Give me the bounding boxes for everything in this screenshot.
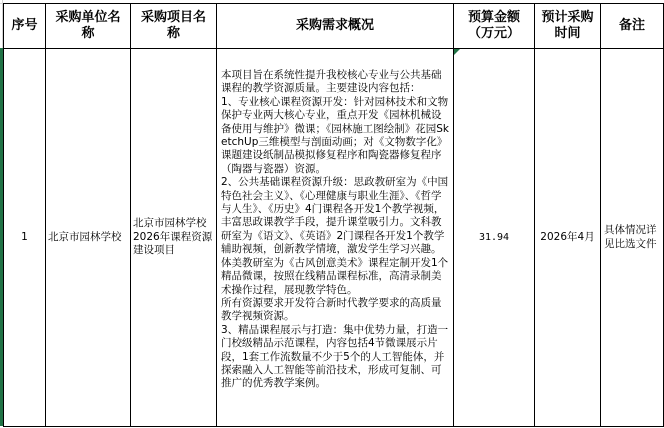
header-note[interactable]: 备注 — [601, 4, 664, 49]
header-project[interactable]: 采购项目名称 — [131, 4, 217, 49]
cell-budget[interactable]: 31.94 — [454, 49, 535, 427]
header-time[interactable]: 预计采购时间 — [535, 4, 601, 49]
desc-text: 本项目旨在系统性提升我校核心专业与公共基础课程的教学资源质量。主要建设内容包括：… — [221, 49, 449, 391]
cell-note[interactable]: 具体情况详见比选文件 — [601, 49, 664, 427]
cell-desc[interactable]: 本项目旨在系统性提升我校核心专业与公共基础课程的教学资源质量。主要建设内容包括：… — [217, 49, 454, 427]
header-unit[interactable]: 采购单位名称 — [46, 4, 131, 49]
procurement-table: 序号 采购单位名称 采购项目名称 采购需求概况 预算金额（万元） 预计采购时间 … — [3, 3, 664, 427]
cell-seq[interactable]: 1 — [4, 49, 46, 427]
header-budget[interactable]: 预算金额（万元） — [454, 4, 535, 49]
cell-unit[interactable]: 北京市园林学校 — [46, 49, 131, 427]
number-as-text-indicator-icon — [454, 49, 460, 55]
budget-value: 31.94 — [479, 232, 509, 243]
header-seq[interactable]: 序号 — [4, 4, 46, 49]
table-row: 1 北京市园林学校 北京市园林学校2026年课程资源建设项目 本项目旨在系统性提… — [4, 49, 664, 427]
cell-time[interactable]: 2026年4月 — [535, 49, 601, 427]
cell-project[interactable]: 北京市园林学校2026年课程资源建设项目 — [131, 49, 217, 427]
header-row: 序号 采购单位名称 采购项目名称 采购需求概况 预算金额（万元） 预计采购时间 … — [4, 4, 664, 49]
header-desc[interactable]: 采购需求概况 — [217, 4, 454, 49]
